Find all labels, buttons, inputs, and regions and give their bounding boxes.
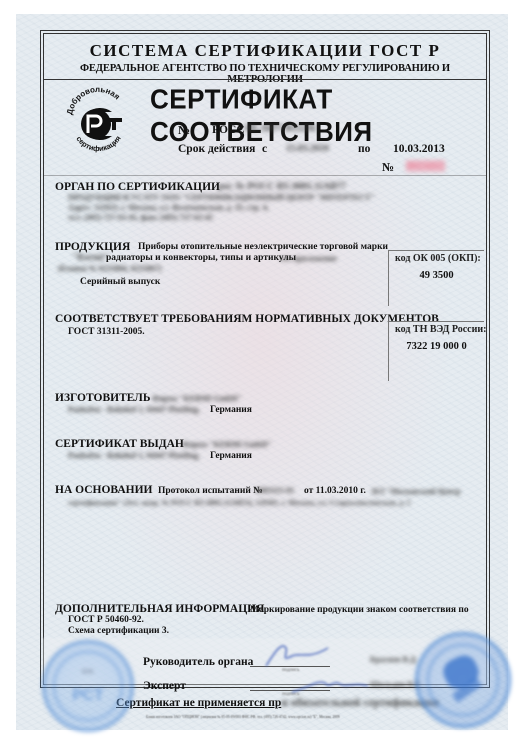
additional-info-line-1: Маркирование продукции знаком соответств… bbox=[250, 605, 469, 615]
issued-to-country: Германия bbox=[210, 451, 252, 461]
left-stamp-icon: м.п. РСТ bbox=[42, 640, 134, 732]
head-signature-icon bbox=[262, 640, 332, 670]
okp-code-value: 49 3500 bbox=[389, 270, 484, 281]
tnved-code-box: код ТН ВЭД России: 7322 19 000 0 bbox=[388, 321, 484, 381]
issued-to-label: СЕРТИФИКАТ ВЫДАН bbox=[55, 438, 184, 450]
manufacturer-address: Pankofen - Bahnhof 1, 94447 Plattling, bbox=[68, 405, 200, 414]
product-serial-release: Серийный выпуск bbox=[80, 277, 160, 287]
additional-info-line-3: Схема сертификации 3. bbox=[68, 626, 169, 636]
additional-info-label: ДОПОЛНИТЕЛЬНАЯ ИНФОРМАЦИЯ bbox=[55, 603, 264, 615]
certificate-number: DE.AB77.B12236 bbox=[245, 124, 316, 134]
organ-line-2: Адрес: 111033, г. Москва, ул. Волочаевск… bbox=[68, 203, 269, 212]
validity-from-value: 15.03.2010 bbox=[286, 144, 329, 154]
issued-to-name: Фирма "KERMI GmbH" bbox=[182, 440, 272, 449]
okp-code-box: код ОК 005 (ОКП): 49 3500 bbox=[388, 250, 484, 306]
tnved-code-value: 7322 19 000 0 bbox=[389, 341, 484, 352]
manufacturer-label: ИЗГОТОВИТЕЛЬ bbox=[55, 392, 150, 404]
basis-protocol-date: от 11.03.2010 г. bbox=[304, 486, 366, 496]
product-brand: "Kermi" bbox=[72, 253, 109, 263]
form-number-sign: № bbox=[382, 160, 394, 175]
print-imprint-line: Бланк изготовлен ЗАО "ОПЦИОН" (лицензия … bbox=[146, 715, 340, 719]
issued-to-address: Pankofen - Bahnhof 1, 94447 Plattling, bbox=[68, 451, 200, 460]
additional-info-line-2: ГОСТ Р 50460-92. bbox=[68, 615, 144, 625]
form-number: 0013415 bbox=[406, 160, 445, 172]
footer-note: Сертификат не применяется при обязательн… bbox=[116, 697, 439, 709]
manufacturer-country: Германия bbox=[210, 405, 252, 415]
organ-line-3: тел. (495) 727-63-45, факс (495) 727-63-… bbox=[68, 213, 213, 222]
product-label: ПРОДУКЦИЯ bbox=[55, 241, 130, 253]
expert-label: Эксперт bbox=[143, 680, 186, 692]
organ-line-1: ПРОДУКЦИИ И УСЛУГ ООО "СЕРТИФИКАЦИОННЫЙ … bbox=[68, 193, 375, 202]
organ-label: ОРГАН ПО СЕРТИФИКАЦИИ bbox=[55, 181, 220, 193]
right-stamp-icon bbox=[415, 632, 511, 728]
okp-code-caption: код ОК 005 (ОКП): bbox=[395, 253, 481, 264]
system-title: СИСТЕМА СЕРТИФИКАЦИИ ГОСТ Р bbox=[43, 41, 487, 61]
basis-protocol-label: Протокол испытаний № bbox=[158, 486, 263, 496]
number-prefix: РОСС bbox=[212, 124, 245, 136]
rst-voluntary-certification-logo-icon: Добровольная сертификация bbox=[62, 86, 134, 158]
expert-signature-icon bbox=[290, 674, 370, 696]
manufacturer-name: Фирма "KERMI GmbH" bbox=[152, 394, 242, 403]
head-name: Краснов В.Д. bbox=[370, 655, 417, 664]
validity-label: Срок действия bbox=[178, 143, 255, 155]
conformity-label: СООТВЕТСТВУЕТ ТРЕБОВАНИЯМ НОРМАТИВНЫХ ДО… bbox=[55, 313, 439, 325]
basis-protocol-number: 0003115-01 bbox=[256, 486, 294, 495]
section-divider bbox=[43, 175, 487, 176]
certificate-title: СЕРТИФИКАТ СООТВЕТСТВИЯ bbox=[150, 83, 530, 148]
validity-to-label: по bbox=[358, 143, 370, 155]
agency-title: ФЕДЕРАЛЬНОЕ АГЕНТСТВО ПО ТЕХНИЧЕСКОМУ РЕ… bbox=[43, 63, 487, 85]
validity-to-value: 10.03.2013 bbox=[393, 143, 445, 155]
organ-reg: рег. № РОСС RU.0001.11AB77 bbox=[218, 182, 346, 192]
product-line-1: Приборы отопительные неэлектрические тор… bbox=[138, 242, 388, 252]
number-sign: № bbox=[178, 123, 190, 138]
basis-label: НА ОСНОВАНИИ bbox=[55, 484, 153, 496]
head-of-organ-label: Руководитель органа bbox=[143, 656, 253, 668]
basis-line-2: сертификации" (Атт. аккр. № РОСС RU.0001… bbox=[68, 498, 410, 507]
tnved-code-caption: код ТН ВЭД России: bbox=[395, 324, 486, 335]
validity-from-label: с bbox=[262, 143, 267, 155]
product-line-2-blur: см. приложение bbox=[280, 254, 337, 263]
product-line-2: радиаторы и конвекторы, типы и артикулы bbox=[106, 253, 296, 263]
product-line-3-blur: (бланки № 0225866, 0225867) bbox=[58, 264, 161, 273]
header-divider bbox=[43, 79, 487, 80]
basis-protocol-tail: ИЛ "Московский Центр bbox=[372, 487, 461, 496]
conformity-standard: ГОСТ 31311-2005. bbox=[68, 327, 145, 337]
